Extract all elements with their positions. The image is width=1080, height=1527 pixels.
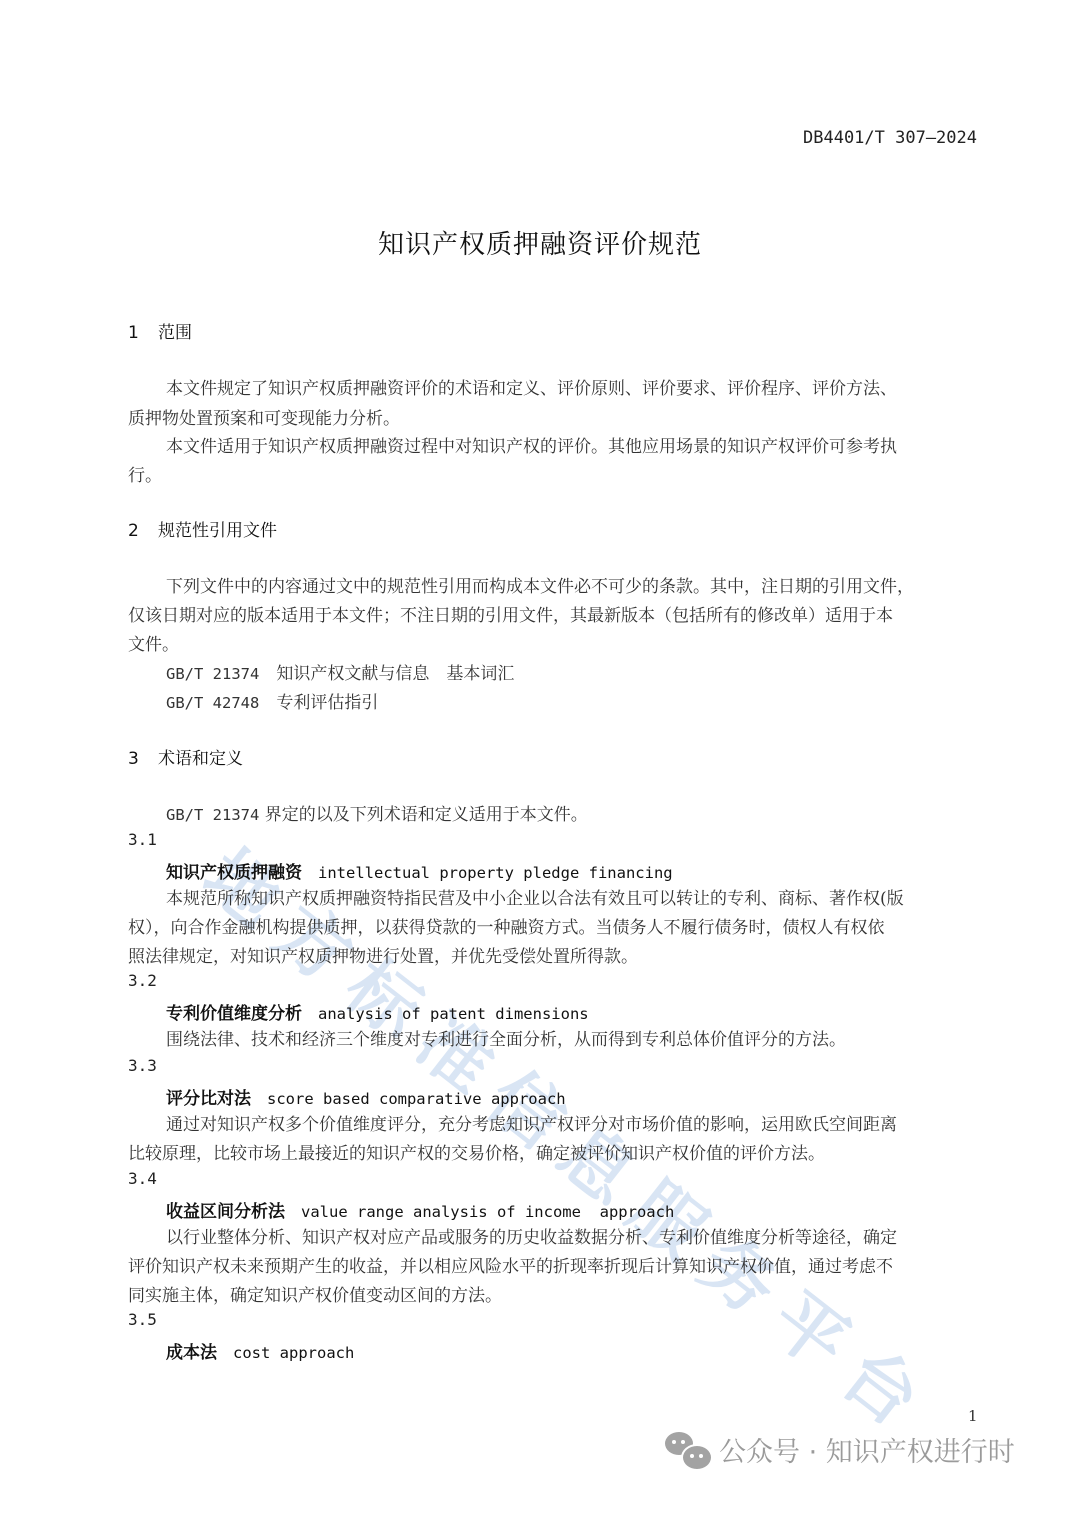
section-number: 1: [128, 323, 158, 343]
term-title: 评分比对法score based comparative approach: [166, 1084, 566, 1109]
definition-line: 围绕法律、技术和经济三个维度对专利进行全面分析，从而得到专利总体价值评分的方法。: [166, 1025, 846, 1050]
term-en: score based comparative approach: [267, 1090, 566, 1108]
section-title: 规范性引用文件: [158, 521, 277, 541]
paragraph-line: 本文件规定了知识产权质押融资评价的术语和定义、评价原则、评价要求、评价程序、评价…: [166, 374, 897, 399]
term-title: 收益区间分析法value range analysis of income ap…: [166, 1197, 674, 1222]
section-heading-2: 2规范性引用文件: [128, 516, 277, 541]
term-zh: 成本法: [166, 1343, 217, 1363]
definition-line: 同实施主体，确定知识产权价值变动区间的方法。: [128, 1281, 502, 1306]
footer-text: 公众号 · 知识产权进行时: [719, 1430, 1015, 1469]
definition-line: 照法律规定，对知识产权质押物进行处置，并优先受偿处置所得款。: [128, 942, 638, 967]
section-title: 范围: [158, 323, 192, 343]
section-heading-1: 1范围: [128, 318, 192, 343]
term-zh: 评分比对法: [166, 1089, 251, 1109]
term-number: 3.5: [128, 1310, 157, 1329]
definition-line: 通过对知识产权多个价值维度评分，充分考虑知识产权评分对市场价值的影响，运用欧氏空…: [166, 1110, 897, 1135]
intro-text: 界定的以及下列术语和定义适用于本文件。: [265, 805, 588, 825]
definition-line: 本规范所称知识产权质押融资特指民营及中小企业以合法有效且可以转让的专利、商标、著…: [166, 884, 904, 909]
definition-line: 评价知识产权未来预期产生的收益，并以相应风险水平的折现率折现后计算知识产权价值，…: [128, 1252, 893, 1277]
reference-name: 知识产权文献与信息 基本词汇: [276, 664, 514, 684]
term-title: 成本法cost approach: [166, 1338, 354, 1363]
term-number: 3.2: [128, 971, 157, 990]
term-en: cost approach: [233, 1344, 354, 1362]
paragraph-line: 行。: [128, 461, 162, 486]
reference-code: GB/T 21374: [166, 806, 259, 824]
term-number: 3.1: [128, 830, 157, 849]
term-number: 3.4: [128, 1169, 157, 1188]
paragraph-line: 仅该日期对应的版本适用于本文件；不注日期的引用文件，其最新版本（包括所有的修改单…: [128, 601, 893, 626]
term-en: analysis of patent dimensions: [318, 1005, 589, 1023]
paragraph-line: 文件。: [128, 630, 179, 655]
document-title: 知识产权质押融资评价规范: [0, 224, 1080, 261]
section-number: 2: [128, 521, 158, 541]
definition-line: 权），向合作金融机构提供质押，以获得贷款的一种融资方式。当债务人不履行债务时，债…: [128, 913, 885, 938]
term-zh: 知识产权质押融资: [166, 863, 302, 883]
definition-line: 以行业整体分析、知识产权对应产品或服务的历史收益数据分析、专利价值维度分析等途径…: [166, 1223, 897, 1248]
reference-code: GB/T 21374: [166, 665, 259, 683]
term-title: 知识产权质押融资intellectual property pledge fin…: [166, 858, 673, 883]
term-number: 3.3: [128, 1056, 157, 1075]
term-title: 专利价值维度分析analysis of patent dimensions: [166, 999, 589, 1024]
footer-account: 公众号 · 知识产权进行时: [665, 1430, 1015, 1469]
document-page: 地方标准信息服务平台 DB4401/T 307—2024 知识产权质押融资评价规…: [0, 0, 1080, 1527]
standard-code: DB4401/T 307—2024: [803, 128, 977, 148]
section-title: 术语和定义: [158, 749, 243, 769]
term-en: intellectual property pledge financing: [318, 864, 673, 882]
wechat-icon: [665, 1432, 711, 1468]
section-heading-3: 3术语和定义: [128, 744, 243, 769]
reference-code: GB/T 42748: [166, 694, 259, 712]
paragraph-line: 下列文件中的内容通过文中的规范性引用而构成本文件必不可少的条款。其中，注日期的引…: [166, 572, 914, 597]
reference-item: GB/T 42748 专利评估指引: [166, 688, 378, 713]
term-en: value range analysis of income approach: [301, 1203, 674, 1221]
paragraph-line: 质押物处置预案和可变现能力分析。: [128, 404, 400, 429]
paragraph-line: 本文件适用于知识产权质押融资过程中对知识产权的评价。其他应用场景的知识产权评价可…: [166, 432, 897, 457]
reference-name: 专利评估指引: [276, 693, 378, 713]
terms-intro: GB/T 21374 界定的以及下列术语和定义适用于本文件。: [166, 800, 588, 825]
term-zh: 专利价值维度分析: [166, 1004, 302, 1024]
section-number: 3: [128, 749, 158, 769]
definition-line: 比较原理，比较市场上最接近的知识产权的交易价格，确定被评价知识产权价值的评价方法…: [128, 1139, 825, 1164]
page-number: 1: [968, 1407, 978, 1425]
term-zh: 收益区间分析法: [166, 1202, 285, 1222]
reference-item: GB/T 21374 知识产权文献与信息 基本词汇: [166, 659, 514, 684]
